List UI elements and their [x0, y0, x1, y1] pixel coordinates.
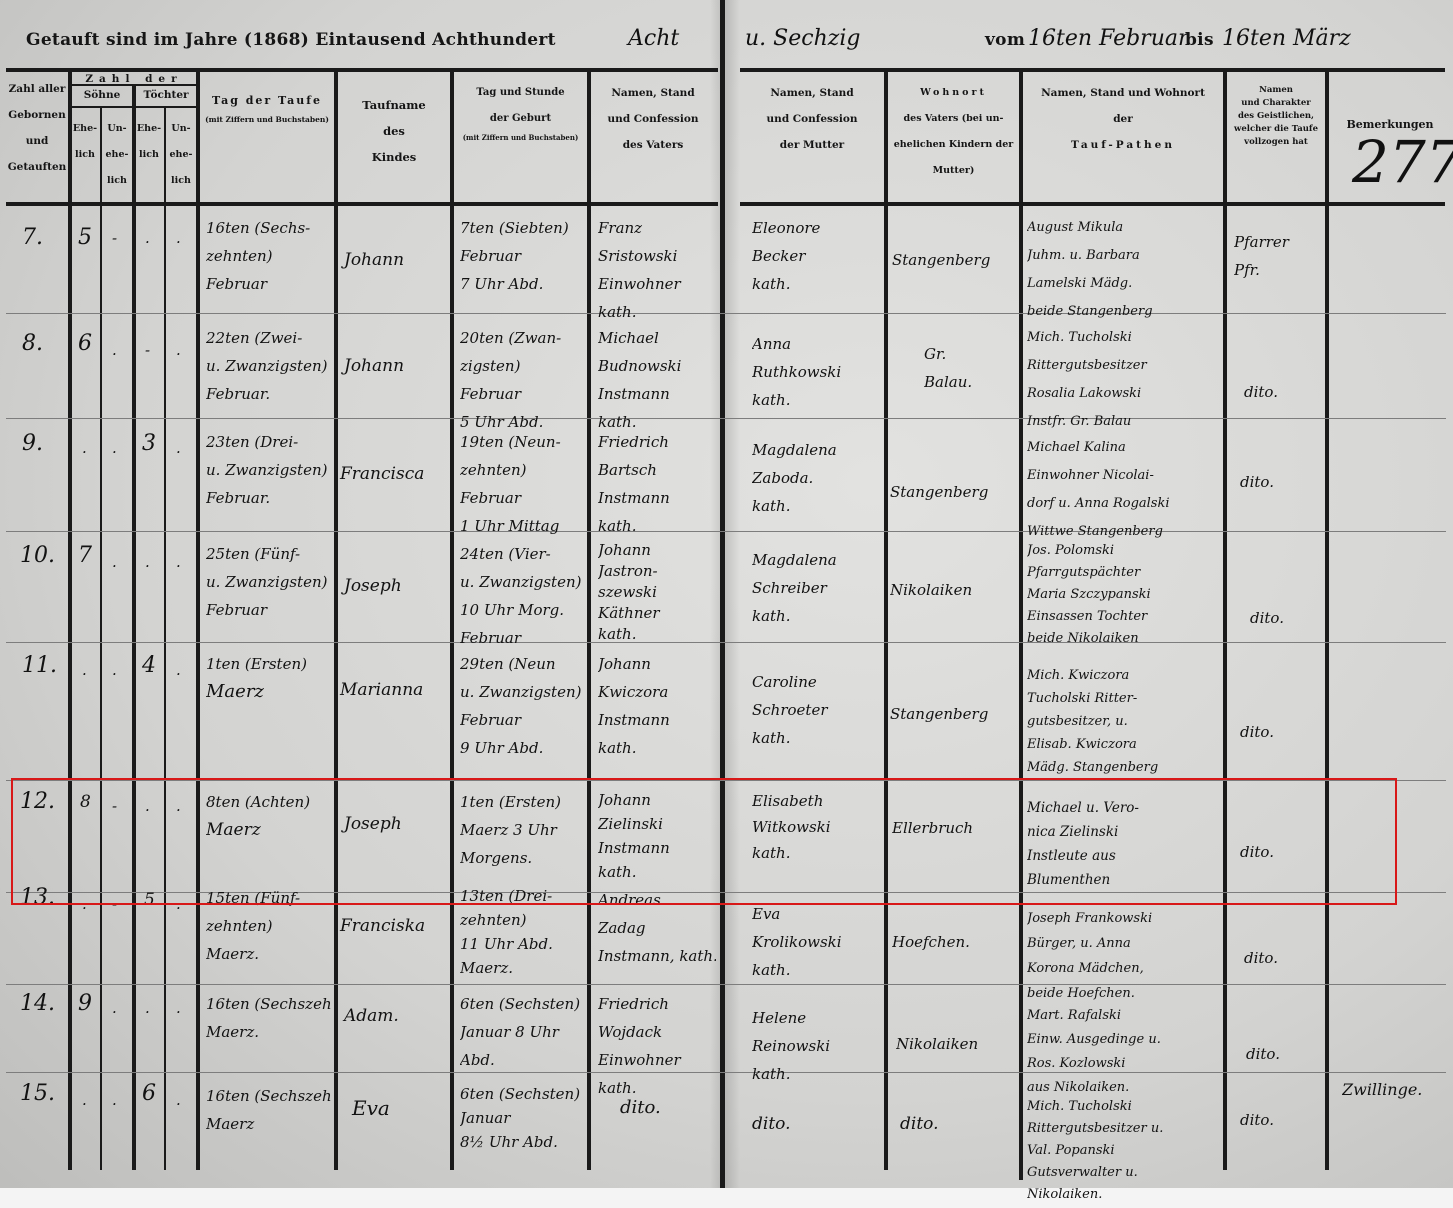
father: JohannZielinskiInstmannkath.: [598, 788, 716, 884]
child-name: Eva: [352, 1094, 390, 1122]
header-total: Zahl allerGebornenundGetauften: [6, 76, 68, 180]
title-to-date: 16ten März: [1222, 26, 1351, 51]
godparents: Michael u. Vero-nica ZielinskiInstleute …: [1027, 796, 1221, 892]
row-separator: [6, 418, 1446, 419]
record-number: 8.: [22, 330, 43, 358]
daughters-illegit-count: .: [176, 1086, 181, 1114]
residence: dito.: [900, 1110, 1018, 1138]
birth-date: 20ten (Zwan-zigsten)Februar5 Uhr Abd.: [460, 324, 586, 436]
child-name: Johann: [344, 352, 404, 380]
sons-illegit-count: -: [112, 890, 117, 918]
mother: EvaKrolikowskikath.: [752, 900, 882, 984]
baptism-date: 16ten (Sechs-zehnten)Februar: [206, 214, 332, 298]
header-sons: Söhne: [72, 84, 132, 106]
daughters-illegit-count: .: [176, 336, 181, 364]
mother: dito.: [752, 1110, 882, 1138]
clergy: dito.: [1244, 944, 1322, 972]
godparents: Mich. TucholskiRittergutsbesitzer u.Val.…: [1027, 1096, 1221, 1206]
sons-illegit-count: .: [112, 1086, 117, 1114]
residence: Nikolaiken: [890, 576, 1018, 604]
col-rule: [884, 70, 888, 1170]
record-number: 9.: [22, 430, 43, 458]
clergy: dito.: [1246, 1040, 1322, 1068]
clergy: dito.: [1250, 604, 1322, 632]
col-rule: [164, 108, 166, 1170]
baptism-date: 16ten (Sechszehnten)Maerz: [206, 1082, 332, 1138]
residence: Nikolaiken: [896, 1030, 1018, 1058]
mother: MagdalenaZaboda.kath.: [752, 436, 882, 520]
record-number: 14.: [20, 990, 55, 1018]
father: MichaelBudnowskiInstmannkath.: [598, 324, 716, 436]
father: FriedrichBartschInstmannkath.: [598, 428, 716, 540]
header-daughters: Töchter: [136, 84, 196, 106]
daughters-illegit-count: .: [176, 548, 181, 576]
col-rule: [587, 70, 591, 1170]
row-separator: [6, 642, 1446, 643]
birth-date: 19ten (Neun-zehnten)Februar1 Uhr Mittag: [460, 428, 586, 540]
mother: AnnaRuthkowskikath.: [752, 330, 882, 414]
godparents: Mich. KwiczoraTucholski Ritter-gutsbesit…: [1027, 664, 1221, 779]
clergy: dito.: [1240, 838, 1322, 866]
title-year-handwritten: Acht: [628, 26, 679, 51]
father: AndreasZadagInstmann, kath.: [598, 886, 716, 970]
birth-date: 6ten (Sechsten)Januar8½ Uhr Abd.: [460, 1082, 586, 1154]
father: FranzSristowskiEinwohnerkath.: [598, 214, 716, 326]
sons-legit-count: .: [82, 434, 87, 462]
row-separator: [6, 531, 1446, 532]
residence: Hoefchen.: [892, 928, 1018, 956]
clergy: dito.: [1244, 378, 1322, 406]
daughters-illegit-count: .: [176, 994, 181, 1022]
header-daughters-illegit: Un-ehe-lich: [166, 116, 196, 194]
father: FriedrichWojdackEinwohnerkath.: [598, 990, 716, 1102]
remarks: Zwillinge.: [1342, 1076, 1452, 1104]
header-birth-date: Tag und Stundeder Geburt (mit Ziffern un…: [454, 80, 587, 144]
mother: HeleneReinowskikath.: [752, 1004, 882, 1088]
clergy: PfarrerPfr.: [1234, 228, 1322, 284]
title-to: bis: [1185, 30, 1214, 50]
godparents: Mich. TucholskiRittergutsbesitzerRosalia…: [1027, 324, 1221, 436]
header-clergy: Namenund Charakterdes Geistlichen,welche…: [1227, 84, 1325, 149]
baptism-date: 25ten (Fünf-u. Zwanzigsten)Februar: [206, 540, 332, 624]
mother: ElisabethWitkowskikath.: [752, 788, 882, 866]
col-rule: [334, 70, 338, 1170]
sons-illegit-count: .: [112, 434, 117, 462]
record-number: 12.: [20, 788, 55, 816]
mother: MagdalenaSchreiberkath.: [752, 546, 882, 630]
header-father: Namen, Standund Confessiondes Vaters: [591, 80, 715, 158]
title-year-handwritten-cont: u. Sechzig: [745, 26, 860, 51]
page-number-handwritten: 277: [1352, 128, 1453, 196]
child-name: Joseph: [344, 572, 402, 600]
clergy: dito.: [1240, 718, 1322, 746]
col-rule: [196, 70, 200, 1170]
header-bottom-rule-right: [740, 202, 1445, 206]
child-name: Adam.: [344, 1002, 399, 1030]
header-residence: Wohnortdes Vaters (bei un-ehelichen Kind…: [888, 80, 1019, 184]
daughters-legit-count: -: [145, 336, 150, 364]
godparents: Jos. PolomskiPfarrgutspächterMaria Szczy…: [1027, 540, 1221, 650]
daughters-legit-count: .: [145, 994, 150, 1022]
baptism-date: 8ten (Achten)Maerz: [206, 788, 332, 844]
child-name: Marianna: [340, 676, 450, 704]
sons-illegit-count: .: [112, 656, 117, 684]
daughters-illegit-count: .: [176, 792, 181, 820]
father: dito.: [620, 1094, 716, 1122]
daughters-illegit-count: .: [176, 656, 181, 684]
header-sons-legit: Ehe-lich: [70, 116, 100, 168]
baptism-date: 16ten (Sechszehnten)Maerz.: [206, 990, 332, 1046]
row-separator: [6, 780, 1446, 781]
sons-illegit-count: .: [112, 548, 117, 576]
header-sons-illegit: Un-ehe-lich: [102, 116, 132, 194]
sons-legit-count: 9: [78, 990, 92, 1018]
scan-border: [0, 1188, 1453, 1208]
child-name: Joseph: [344, 810, 402, 838]
header-baptism-date: Tag der Taufe (mit Ziffern und Buchstabe…: [200, 88, 334, 126]
sons-legit-count: .: [82, 656, 87, 684]
birth-date: 13ten (Drei-zehnten)11 Uhr Abd.Maerz.: [460, 884, 586, 980]
child-name: Francisca: [340, 460, 450, 488]
record-number: 11.: [22, 652, 57, 680]
header-godparents: Namen, Stand und WohnortderTauf-Pathen: [1023, 80, 1223, 158]
page-title-left: Getauft sind im Jahre (1868) Eintausend …: [26, 30, 556, 50]
mother: EleonoreBeckerkath.: [752, 214, 882, 298]
daughters-legit-count: 4: [142, 652, 156, 680]
row-separator: [6, 1072, 1446, 1073]
sons-legit-count: .: [82, 1086, 87, 1114]
col-rule: [1019, 70, 1023, 1180]
daughters-illegit-count: .: [176, 890, 181, 918]
daughters-legit-count: 6: [142, 1080, 156, 1108]
col-rule: [132, 86, 136, 1170]
residence: Ellerbruch: [892, 814, 1018, 842]
header-bottom-rule-left: [6, 202, 718, 206]
col-rule: [68, 70, 72, 1170]
daughters-legit-count: .: [145, 792, 150, 820]
daughters-illegit-count: .: [176, 224, 181, 252]
col-rule: [1223, 70, 1227, 1170]
book-gutter: [720, 0, 725, 1200]
header-mother: Namen, Standund Confessionder Mutter: [742, 80, 882, 158]
sons-legit-count: 8: [80, 788, 91, 816]
header-top-rule-right: [740, 68, 1445, 72]
clergy: dito.: [1240, 1106, 1322, 1134]
record-number: 7.: [22, 224, 43, 252]
sons-legit-count: 7: [78, 542, 92, 570]
row-separator: [6, 313, 1446, 314]
sons-illegit-count: -: [112, 224, 117, 252]
godparents: Joseph FrankowskiBürger, u. AnnaKorona M…: [1027, 906, 1221, 1006]
father: JohannKwiczoraInstmannkath.: [598, 650, 716, 762]
daughters-legit-count: 3: [142, 430, 156, 458]
sons-legit-count: .: [82, 890, 87, 918]
child-name: Johann: [344, 246, 404, 274]
birth-date: 24ten (Vier-u. Zwanzigsten)10 Uhr Morg.F…: [460, 540, 586, 652]
residence: Gr.Balau.: [924, 340, 1018, 396]
baptism-date: 22ten (Zwei-u. Zwanzigsten)Februar.: [206, 324, 332, 408]
residence: Stangenberg: [890, 478, 1018, 506]
child-name: Franciska: [340, 912, 450, 940]
record-number: 10.: [20, 542, 55, 570]
col-rule: [1325, 70, 1329, 1170]
baptism-date: 23ten (Drei-u. Zwanzigsten)Februar.: [206, 428, 332, 512]
baptism-date: 1ten (Ersten)Maerz: [206, 650, 332, 706]
godparents: Michael KalinaEinwohner Nicolai-dorf u. …: [1027, 434, 1221, 546]
col-rule: [100, 108, 102, 1170]
sons-legit-count: 6: [78, 330, 92, 358]
birth-date: 6ten (Sechsten)Januar 8 UhrAbd.: [460, 990, 586, 1074]
birth-date: 29ten (Neunu. Zwanzigsten)Februar9 Uhr A…: [460, 650, 586, 762]
record-number: 13.: [20, 884, 55, 912]
header-child-name: TaufnamedesKindes: [338, 92, 450, 170]
row-separator: [6, 984, 1446, 985]
clergy: dito.: [1240, 468, 1322, 496]
daughters-legit-count: .: [145, 548, 150, 576]
record-number: 15.: [20, 1080, 55, 1108]
baptism-date: 15ten (Fünf-zehnten)Maerz.: [206, 884, 332, 968]
father: JohannJastron-szewskiKäthnerkath.: [598, 540, 716, 645]
residence: Stangenberg: [892, 246, 1018, 274]
sons-illegit-count: .: [112, 336, 117, 364]
daughters-illegit-count: .: [176, 434, 181, 462]
godparents: Mart. RafalskiEinw. Ausgedinge u.Ros. Ko…: [1027, 1004, 1221, 1100]
daughters-legit-count: .: [145, 224, 150, 252]
residence: Stangenberg: [890, 700, 1018, 728]
mother: CarolineSchroeterkath.: [752, 668, 882, 752]
sons-illegit-count: -: [112, 792, 117, 820]
godparents: August MikulaJuhm. u. BarbaraLamelski Mä…: [1027, 214, 1221, 326]
col-rule: [450, 70, 454, 1170]
header-daughters-legit: Ehe-lich: [134, 116, 164, 168]
daughters-legit-count: 5: [144, 886, 155, 914]
sons-illegit-count: .: [112, 994, 117, 1022]
birth-date: 7ten (Siebten)Februar7 Uhr Abd.: [460, 214, 586, 298]
sons-legit-count: 5: [78, 224, 92, 252]
title-from: vom: [985, 30, 1025, 50]
birth-date: 1ten (Ersten)Maerz 3 UhrMorgens.: [460, 788, 586, 872]
title-from-date: 16ten Februar: [1028, 26, 1189, 51]
